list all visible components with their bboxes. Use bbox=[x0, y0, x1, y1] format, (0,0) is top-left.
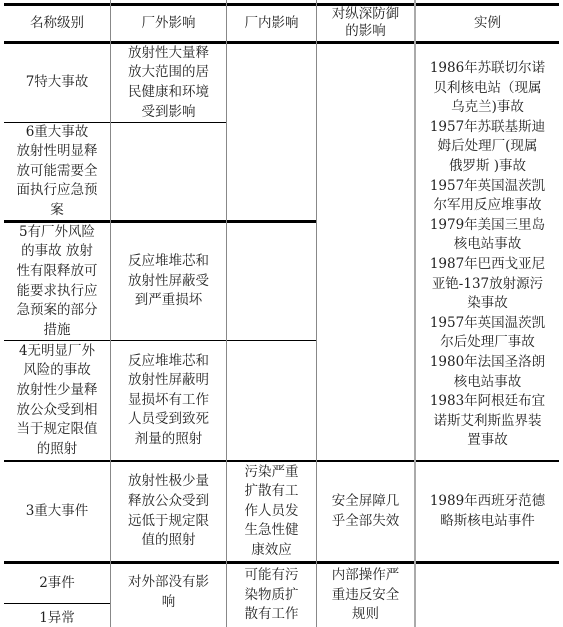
level3-defense: 安全屏障几 乎全部失效 bbox=[317, 462, 414, 561]
level2-onsite: 可能有污 染物质扩 散有工作 bbox=[227, 564, 316, 627]
level7-offsite: 放射性大量释 放大范围的居 民健康和环境 受到影响 bbox=[111, 44, 226, 122]
level6-offsite bbox=[111, 123, 226, 220]
level3-example: 1989年西班牙范德 略斯核电站事件 bbox=[416, 462, 559, 561]
level3-name: 3重大事件 bbox=[4, 462, 110, 561]
level4-name: 4无明显厂外 风险的事故 放射性少量释 放公众受到相 当于规定限值 的照射 bbox=[4, 341, 110, 460]
header-offsite-impact: 厂外影响 bbox=[111, 6, 226, 41]
level5-name: 5有厂外风险 的事故 放射 性有限释放可 能要求执行应 急预案的部分 措施 bbox=[4, 223, 110, 340]
header-defense-impact: 对纵深防御 的影响 bbox=[317, 4, 414, 41]
level3-offsite: 放射性极少量 释放公众受到 远低于规定限 值的照射 bbox=[111, 462, 226, 561]
header-examples: 实例 bbox=[416, 6, 559, 41]
level2-offsite: 对外部没有影 响 bbox=[111, 564, 226, 622]
level1-name: 1异常 bbox=[4, 604, 110, 627]
header-level-name: 名称级别 bbox=[4, 6, 110, 41]
level3-onsite: 污染严重 扩散有工 作人员发 生急性健 康效应 bbox=[227, 462, 316, 561]
examples-upper: 1986年苏联切尔诺 贝利核电站（现属 乌克兰)事故 1957年苏联基斯迪 姆后… bbox=[416, 50, 559, 460]
level4-offsite: 反应堆堆芯和 放射性屏蔽明 显损坏有工作 人员受到致死 剂量的照射 bbox=[111, 341, 226, 460]
level2-name: 2事件 bbox=[4, 564, 110, 603]
level7-name: 7特大事故 bbox=[4, 44, 110, 122]
level2-defense: 内部操作严 重违反安全 规则 bbox=[317, 564, 414, 627]
level5-offsite: 反应堆堆芯和 放射性屏蔽受 到严重损坏 bbox=[111, 223, 226, 340]
level6-name: 6重大事故 放射性明显释 放可能需要全 面执行应急预 案 bbox=[4, 123, 110, 220]
header-onsite-impact: 厂内影响 bbox=[227, 6, 316, 41]
level2-example bbox=[416, 564, 559, 627]
